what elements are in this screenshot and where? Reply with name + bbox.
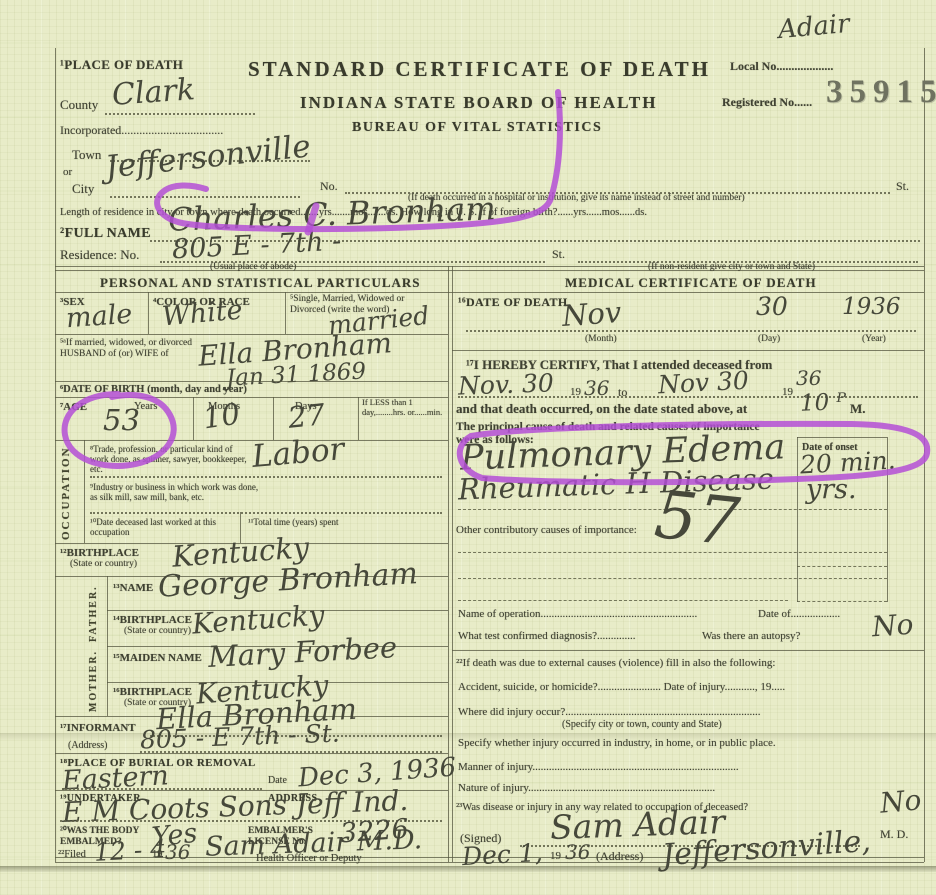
handwritten-death-month: Nov	[561, 298, 622, 331]
filed-year-printed: 19	[152, 849, 163, 861]
residence-label: Residence: No.	[60, 248, 139, 263]
operation-date-label: Date of..................	[758, 608, 840, 620]
test-confirmed-label: What test confirmed diagnosis?..........…	[458, 630, 636, 642]
onset-box-dashed-line	[797, 566, 887, 567]
day-sub-label: (Day)	[758, 334, 780, 345]
industry-dotted-line	[90, 512, 442, 514]
handwritten-informant-address: 805 - E 7th - St.	[140, 721, 341, 753]
birthplace-label: ¹²BIRTHPLACE	[60, 547, 139, 559]
full-name-label: ²FULL NAME	[60, 226, 151, 242]
handwritten-related: No	[879, 786, 923, 817]
industry-label: ⁹Industry or business in which work was …	[90, 482, 260, 502]
handwritten-death-year: 1936	[842, 296, 901, 319]
rule-under-informant	[55, 753, 448, 754]
external-causes-label: ²²If death was due to external causes (v…	[456, 657, 775, 669]
handwritten-attended-from: Nov. 30	[458, 370, 555, 398]
bureau-title: BUREAU OF VITAL STATISTICS	[352, 120, 602, 136]
specify-injury-label: Specify whether injury occurred in indus…	[458, 737, 776, 749]
father-name-label: ¹³NAME	[113, 582, 153, 594]
mother-birthplace-label: ¹⁶BIRTHPLACE	[113, 686, 192, 698]
father-birthplace-sub: (State or country)	[124, 626, 191, 637]
handwritten-sex: male	[65, 301, 133, 333]
handwritten-death-time: 10 ᴾ	[800, 391, 847, 416]
md-label: M. D.	[880, 828, 908, 841]
trade-label: ⁸Trade, profession, or particular kind o…	[90, 444, 248, 474]
handwritten-filed-year: 36	[165, 842, 190, 862]
handwritten-from-year: 36	[584, 378, 609, 398]
operation-label: Name of operation.......................…	[458, 608, 697, 620]
handwritten-signed-date: Dec 1,	[461, 840, 543, 869]
incorporated-label: Incorporated............................…	[60, 124, 223, 137]
local-no-label: Local No...................	[730, 60, 833, 73]
attended-dotted-line	[458, 396, 918, 398]
residence-st-label: St.	[552, 248, 565, 261]
father-birthplace-label: ¹⁴BIRTHPLACE	[113, 614, 192, 626]
birthplace-sub: (State or country)	[70, 559, 137, 570]
less-than-one-day-label: If LESS than 1 day,........hrs. or......…	[362, 398, 446, 417]
date-of-death-label: ¹⁶DATE OF DEATH	[458, 296, 568, 309]
county-label: County	[60, 98, 98, 113]
age-cell-divider-2	[273, 397, 274, 440]
handwritten-age-days: 27	[287, 400, 327, 433]
personal-section-title: PERSONAL AND STATISTICAL PARTICULARS	[100, 276, 421, 291]
handwritten-contributory: 57	[652, 482, 742, 556]
dob-label: ⁶DATE OF BIRTH (month, day and year)	[60, 384, 247, 396]
death-date-dotted-line	[466, 330, 916, 332]
street-no-label: No.	[320, 180, 338, 193]
where-injury-note: (Specify city or town, county and State)	[562, 719, 722, 730]
city-label: City	[72, 182, 94, 197]
month-sub-label: (Month)	[585, 334, 617, 345]
rule-under-death-date	[452, 350, 924, 351]
death-occurred-line: and that death occurred, on the date sta…	[456, 402, 747, 417]
handwritten-autopsy: No	[871, 611, 914, 642]
town-label: Town	[72, 148, 101, 163]
last-worked-label: ¹⁰Date deceased last worked at this occu…	[90, 517, 230, 537]
occupation-side-label: OCCUPATION	[60, 450, 72, 540]
county-dotted-line	[105, 113, 255, 115]
contributory-dashed-line-1	[458, 552, 887, 553]
manner-of-injury-label: Manner of injury........................…	[458, 761, 739, 773]
total-time-label: ¹¹Total time (years) spent	[248, 517, 368, 527]
autopsy-label: Was there an autopsy?	[702, 630, 800, 642]
medical-section-title: MEDICAL CERTIFICATE OF DEATH	[565, 276, 817, 291]
death-occurred-m: M.	[850, 402, 866, 417]
rule-under-autopsy	[452, 650, 924, 651]
informant-label: ¹⁷INFORMANT	[60, 722, 136, 734]
contributory-label: Other contributory causes of importance:	[456, 524, 637, 536]
trade-dotted-line	[90, 476, 442, 478]
age-cell-divider-1	[193, 397, 194, 440]
occupation-strip-divider	[84, 440, 85, 543]
handwritten-to-year: 36	[796, 368, 821, 388]
nonresident-note: (If non-resident give city or town and S…	[648, 262, 815, 273]
handwritten-father-birthplace: Kentucky	[191, 601, 325, 638]
onset-box-top	[797, 437, 887, 438]
board-title: INDIANA STATE BOARD OF HEALTH	[300, 93, 657, 112]
cell-divider-sex-race	[148, 292, 149, 334]
rule-section-title	[55, 292, 924, 293]
handwritten-mother-maiden: Mary Forbee	[207, 633, 397, 672]
handwritten-race: White	[161, 297, 244, 331]
where-injury-label: Where did injury occur?.................…	[458, 706, 760, 718]
signed-year-printed: 19	[550, 850, 561, 862]
contributory-dashed-line-2	[458, 578, 887, 579]
handwritten-cause-1-onset: 20 min.	[799, 448, 896, 478]
rule-under-spouse-row	[55, 381, 448, 382]
age-cell-divider-3	[358, 397, 359, 440]
year-sub-label: (Year)	[862, 334, 886, 345]
burial-date-label: Date	[268, 775, 287, 786]
place-of-death-label: ¹PLACE OF DEATH	[60, 58, 183, 73]
mother-side-label: MOTHER.	[88, 650, 99, 712]
handwritten-trade: Labor	[251, 434, 346, 473]
informant-address-label: (Address)	[68, 740, 107, 751]
spouse-label: ⁵ᵃIf married, widowed, or divorced HUSBA…	[60, 338, 215, 359]
cell-divider-race-marital	[285, 292, 286, 334]
handwritten-residence: 805 E - 7th -	[171, 228, 341, 264]
handwritten-death-day: 30	[756, 294, 788, 319]
mother-maiden-label: ¹⁵MAIDEN NAME	[113, 652, 202, 664]
father-side-label: FATHER.	[88, 582, 99, 642]
age-label: ⁷AGE	[60, 401, 87, 413]
accident-label: Accident, suicide, or homicide?.........…	[458, 681, 785, 693]
contributory-dashed-line-3	[458, 600, 788, 601]
onset-box-bottom-dashed	[797, 601, 887, 602]
handwritten-attended-to: Nov 30	[657, 368, 749, 398]
filed-label: ²²Filed	[58, 849, 86, 861]
street-st-label: St.	[896, 180, 909, 193]
nature-of-injury-label: Nature of injury........................…	[458, 782, 715, 794]
handwritten-county: Clark	[111, 75, 196, 111]
health-officer-label: Health Officer or Deputy	[256, 853, 362, 865]
handwritten-signed-year: 36	[565, 842, 590, 862]
certificate-title: STANDARD CERTIFICATE OF DEATH	[248, 58, 711, 82]
registered-no-stamp: 35915	[826, 74, 936, 111]
abode-note: (Usual place of abode)	[210, 262, 296, 273]
handwritten-age-months: 10	[201, 400, 242, 434]
handwritten-age-years: 53	[103, 406, 140, 435]
handwritten-cause-2-onset: yrs.	[806, 476, 857, 503]
address-label: (Address)	[596, 850, 643, 863]
handwritten-local-no: Adair	[777, 11, 851, 43]
handwritten-city: Jeffersonville	[104, 131, 312, 183]
death-certificate-scan: Adair ¹PLACE OF DEATH Local No..........…	[0, 0, 936, 895]
or-label: or	[63, 166, 72, 178]
registered-no-label: Registered No......	[722, 96, 812, 109]
